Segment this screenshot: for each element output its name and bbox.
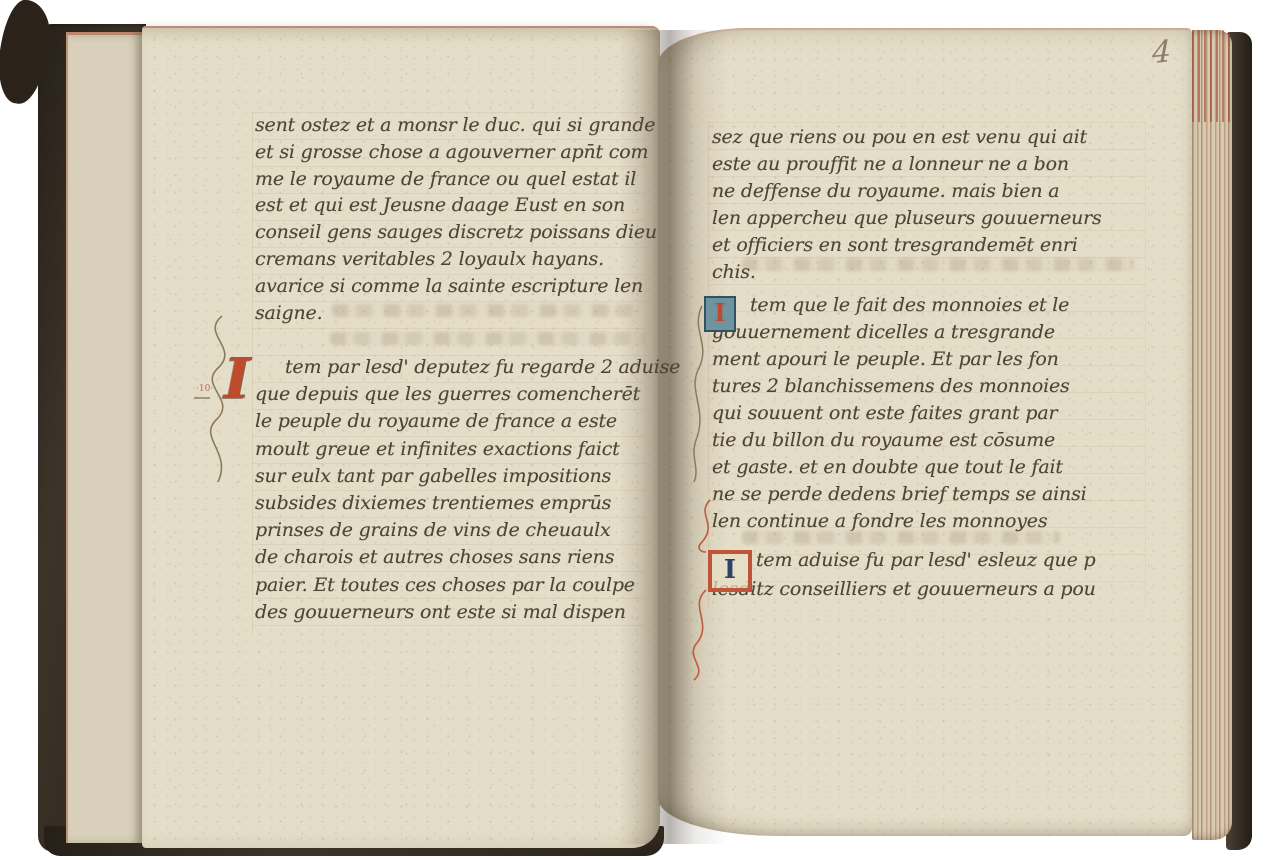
text-line: lesditz conseilliers et gouuerneurs a po… (712, 575, 1096, 604)
illuminated-initial-blue-in-red-frame: I (708, 550, 752, 592)
text-line: este au prouffit ne a lonneur ne a bon (712, 151, 1102, 178)
folio-number: 4 (1152, 32, 1192, 71)
page-stack-fore-edge (1192, 30, 1232, 840)
text-line: len appercheu que pluseurs gouuerneurs (712, 205, 1102, 232)
text-line: len continue a fondre les monnoyes (712, 508, 1087, 535)
left-page-paragraph-2: tem par lesd' deputez fu regarde 2 aduis… (255, 354, 680, 626)
text-line: ment apouri le peuple. Et par les fon (712, 346, 1087, 373)
text-line: que depuis que les guerres comencherēt (255, 381, 680, 408)
text-line: tures 2 blanchissemens des monnoies (712, 373, 1087, 400)
text-line: tie du billon du royaume est cōsume (712, 427, 1087, 454)
text-line: sur eulx tant par gabelles impositions (255, 463, 680, 490)
text-line: tem aduise fu par lesd' esleuz que p (712, 546, 1096, 575)
text-line: qui souuent ont este faites grant par (712, 400, 1087, 427)
text-line: chis. (712, 259, 1102, 286)
text-line: est et qui est Jeusne daage Eust en son (255, 192, 657, 219)
text-line: de charois et autres choses sans riens (255, 544, 680, 571)
flyleaf-edge (66, 32, 148, 843)
text-line: saigne. (255, 300, 657, 327)
text-line: cremans veritables 2 loyaulx hayans. (255, 246, 657, 273)
right-page-paragraph-3: tem aduise fu par lesd' esleuz que plesd… (712, 546, 1096, 604)
show-through-line (330, 332, 644, 345)
illuminated-initial-red: I (220, 348, 254, 412)
text-line: et si grosse chose a agouverner apn̄t co… (255, 139, 657, 166)
text-line: sez que riens ou pou en est venu qui ait (712, 124, 1102, 151)
text-line: sent ostez et a monsr le duc. qui si gra… (255, 112, 657, 139)
text-line: le peuple du royaume de france a este (255, 408, 680, 435)
text-line: ne se perde dedens brief temps se ainsi (712, 481, 1087, 508)
illuminated-initial-red-on-teal: I (704, 296, 736, 332)
text-line: et officiers en sont tresgrandemēt enri (712, 232, 1102, 259)
page-stack-red-stain (1186, 30, 1232, 122)
text-line: gouuernement dicelles a tresgrande (712, 319, 1087, 346)
right-page-paragraph-2: tem que le fait des monnoies et legouuer… (712, 292, 1087, 535)
text-line: des gouuerneurs ont este si mal dispen (255, 599, 680, 626)
margin-mark: ·10· (196, 384, 213, 394)
text-line: ne deffense du royaume. mais bien a (712, 178, 1102, 205)
text-line: prinses de grains de vins de cheuaulx (255, 517, 680, 544)
text-line: subsides dixiemes trentiemes emprūs (255, 490, 680, 517)
text-line: paier. Et toutes ces choses par la coulp… (255, 572, 680, 599)
manuscript-photo: sent ostez et a monsr le duc. qui si gra… (0, 0, 1280, 860)
text-line: avarice si comme la sainte escripture le… (255, 273, 657, 300)
right-page-paragraph-1: sez que riens ou pou en est venu qui ait… (712, 124, 1102, 286)
text-line: me le royaume de france ou quel estat il (255, 166, 657, 193)
text-line: tem par lesd' deputez fu regarde 2 aduis… (255, 354, 680, 381)
text-line: et gaste. et en doubte que tout le fait (712, 454, 1087, 481)
text-line: moult greue et infinites exactions faict (255, 436, 680, 463)
text-line: tem que le fait des monnoies et le (712, 292, 1087, 319)
left-page-paragraph-1: sent ostez et a monsr le duc. qui si gra… (255, 112, 657, 326)
text-line: conseil gens sauges discretz poissans di… (255, 219, 657, 246)
